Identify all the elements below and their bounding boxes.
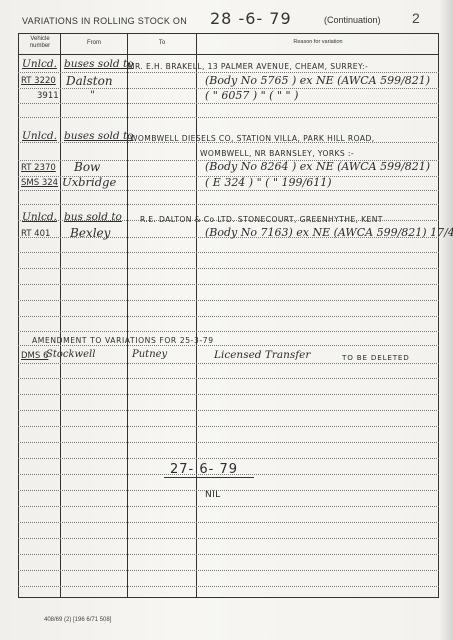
ruled-line (18, 190, 439, 191)
ruled-line (18, 284, 439, 285)
ruled-line (18, 300, 439, 301)
reason-text: (Body No 7163) ex NE (AWCA 599/821) 17/4… (205, 226, 453, 239)
amendment-vehicle: DMS 6 (21, 351, 48, 361)
vehicle-number: RT 3220 (21, 76, 56, 86)
nil-result: NIL (205, 490, 221, 500)
second-date: 27- 6- 79 (170, 462, 238, 477)
column-header-from: From (62, 40, 126, 47)
ruled-line (18, 72, 439, 73)
ruled-line (18, 490, 439, 491)
ruled-line (18, 442, 439, 443)
ruled-line (18, 363, 439, 364)
amendment-title: AMENDMENT TO VARIATIONS FOR 25-3-79 (32, 336, 214, 345)
ruled-line (18, 394, 439, 395)
reason-text: (Body No 8264 ) ex NE (AWCA 599/821) (205, 160, 430, 173)
vehicle-number: SMS 324 (21, 178, 58, 188)
entry-2-heading: buses sold to (64, 130, 133, 142)
amendment-to: Putney (132, 349, 167, 360)
date-underline (164, 477, 254, 478)
document-date: 28 -6- 79 (210, 9, 292, 28)
entry-3-heading: bus sold to (64, 211, 122, 223)
from-garage: " (90, 89, 95, 101)
from-garage: Uxbridge (62, 175, 116, 189)
ruled-line (18, 252, 439, 253)
entry-2-recipient: WOMBWELL DIESELS CO, STATION VILLA, PARK… (130, 134, 375, 143)
entry-2-recipient-line2: WOMBWELL, NR BARNSLEY, YORKS :- (200, 149, 354, 158)
ruled-line (18, 410, 439, 411)
reason-text: (Body No 5765 ) ex NE (AWCA 599/821) (205, 74, 430, 87)
entry-1-prefix: Unlcd. (22, 58, 57, 70)
amendment-action: TO BE DELETED (342, 353, 410, 362)
entry-3-recipient: R.E. DALTON & Co LTD. STONECOURT, GREENH… (140, 215, 383, 224)
ruled-line (18, 586, 439, 587)
continuation-label: (Continuation) (324, 15, 381, 25)
amendment-reason: Licensed Transfer (214, 349, 310, 361)
ruled-line (18, 426, 439, 427)
entry-2-prefix: Unlcd. (22, 130, 57, 142)
entry-3-prefix: Unlcd. (22, 211, 57, 223)
vehicle-number: RT 2370 (21, 163, 56, 173)
page-number: 2 (412, 10, 420, 26)
header-divider (18, 54, 439, 55)
page-edge-shadow (439, 0, 453, 640)
document-title: VARIATIONS IN ROLLING STOCK ON (22, 16, 187, 26)
vehicle-number: RT 401 (21, 229, 50, 239)
from-garage: Bow (74, 160, 100, 174)
vehicle-number: 3911 (37, 91, 59, 101)
ruled-line (18, 570, 439, 571)
ruled-line (18, 522, 439, 523)
ruled-line (18, 103, 439, 104)
amendment-from: Stockwell (46, 349, 95, 360)
entry-1-recipient: MR. E.H. BRAKELL, 13 PALMER AVENUE, CHEA… (128, 62, 368, 71)
ruled-line (18, 268, 439, 269)
from-garage: Bexley (70, 226, 110, 240)
ruled-line (18, 538, 439, 539)
ruled-line (18, 458, 439, 459)
ruled-line (18, 378, 439, 379)
ruled-line (18, 316, 439, 317)
from-garage: Dalston (66, 74, 113, 88)
column-header-to: To (129, 40, 195, 47)
column-header-vehicle: Vehicle number (20, 36, 60, 50)
ruled-line (18, 554, 439, 555)
ruled-line (18, 345, 439, 346)
entry-1-heading: buses sold to (64, 58, 133, 70)
ruled-line (18, 331, 439, 332)
form-code: 408/69 (2) [196 6/71 508] (44, 617, 111, 623)
ruled-line (18, 204, 439, 205)
ruled-line (18, 117, 439, 118)
ruled-line (18, 506, 439, 507)
column-header-reason: Reason for variation (198, 39, 438, 46)
reason-text: ( E 324 ) " ( " 199/611) (205, 176, 331, 189)
reason-text: ( " 6057 ) " ( " " ) (205, 89, 298, 102)
